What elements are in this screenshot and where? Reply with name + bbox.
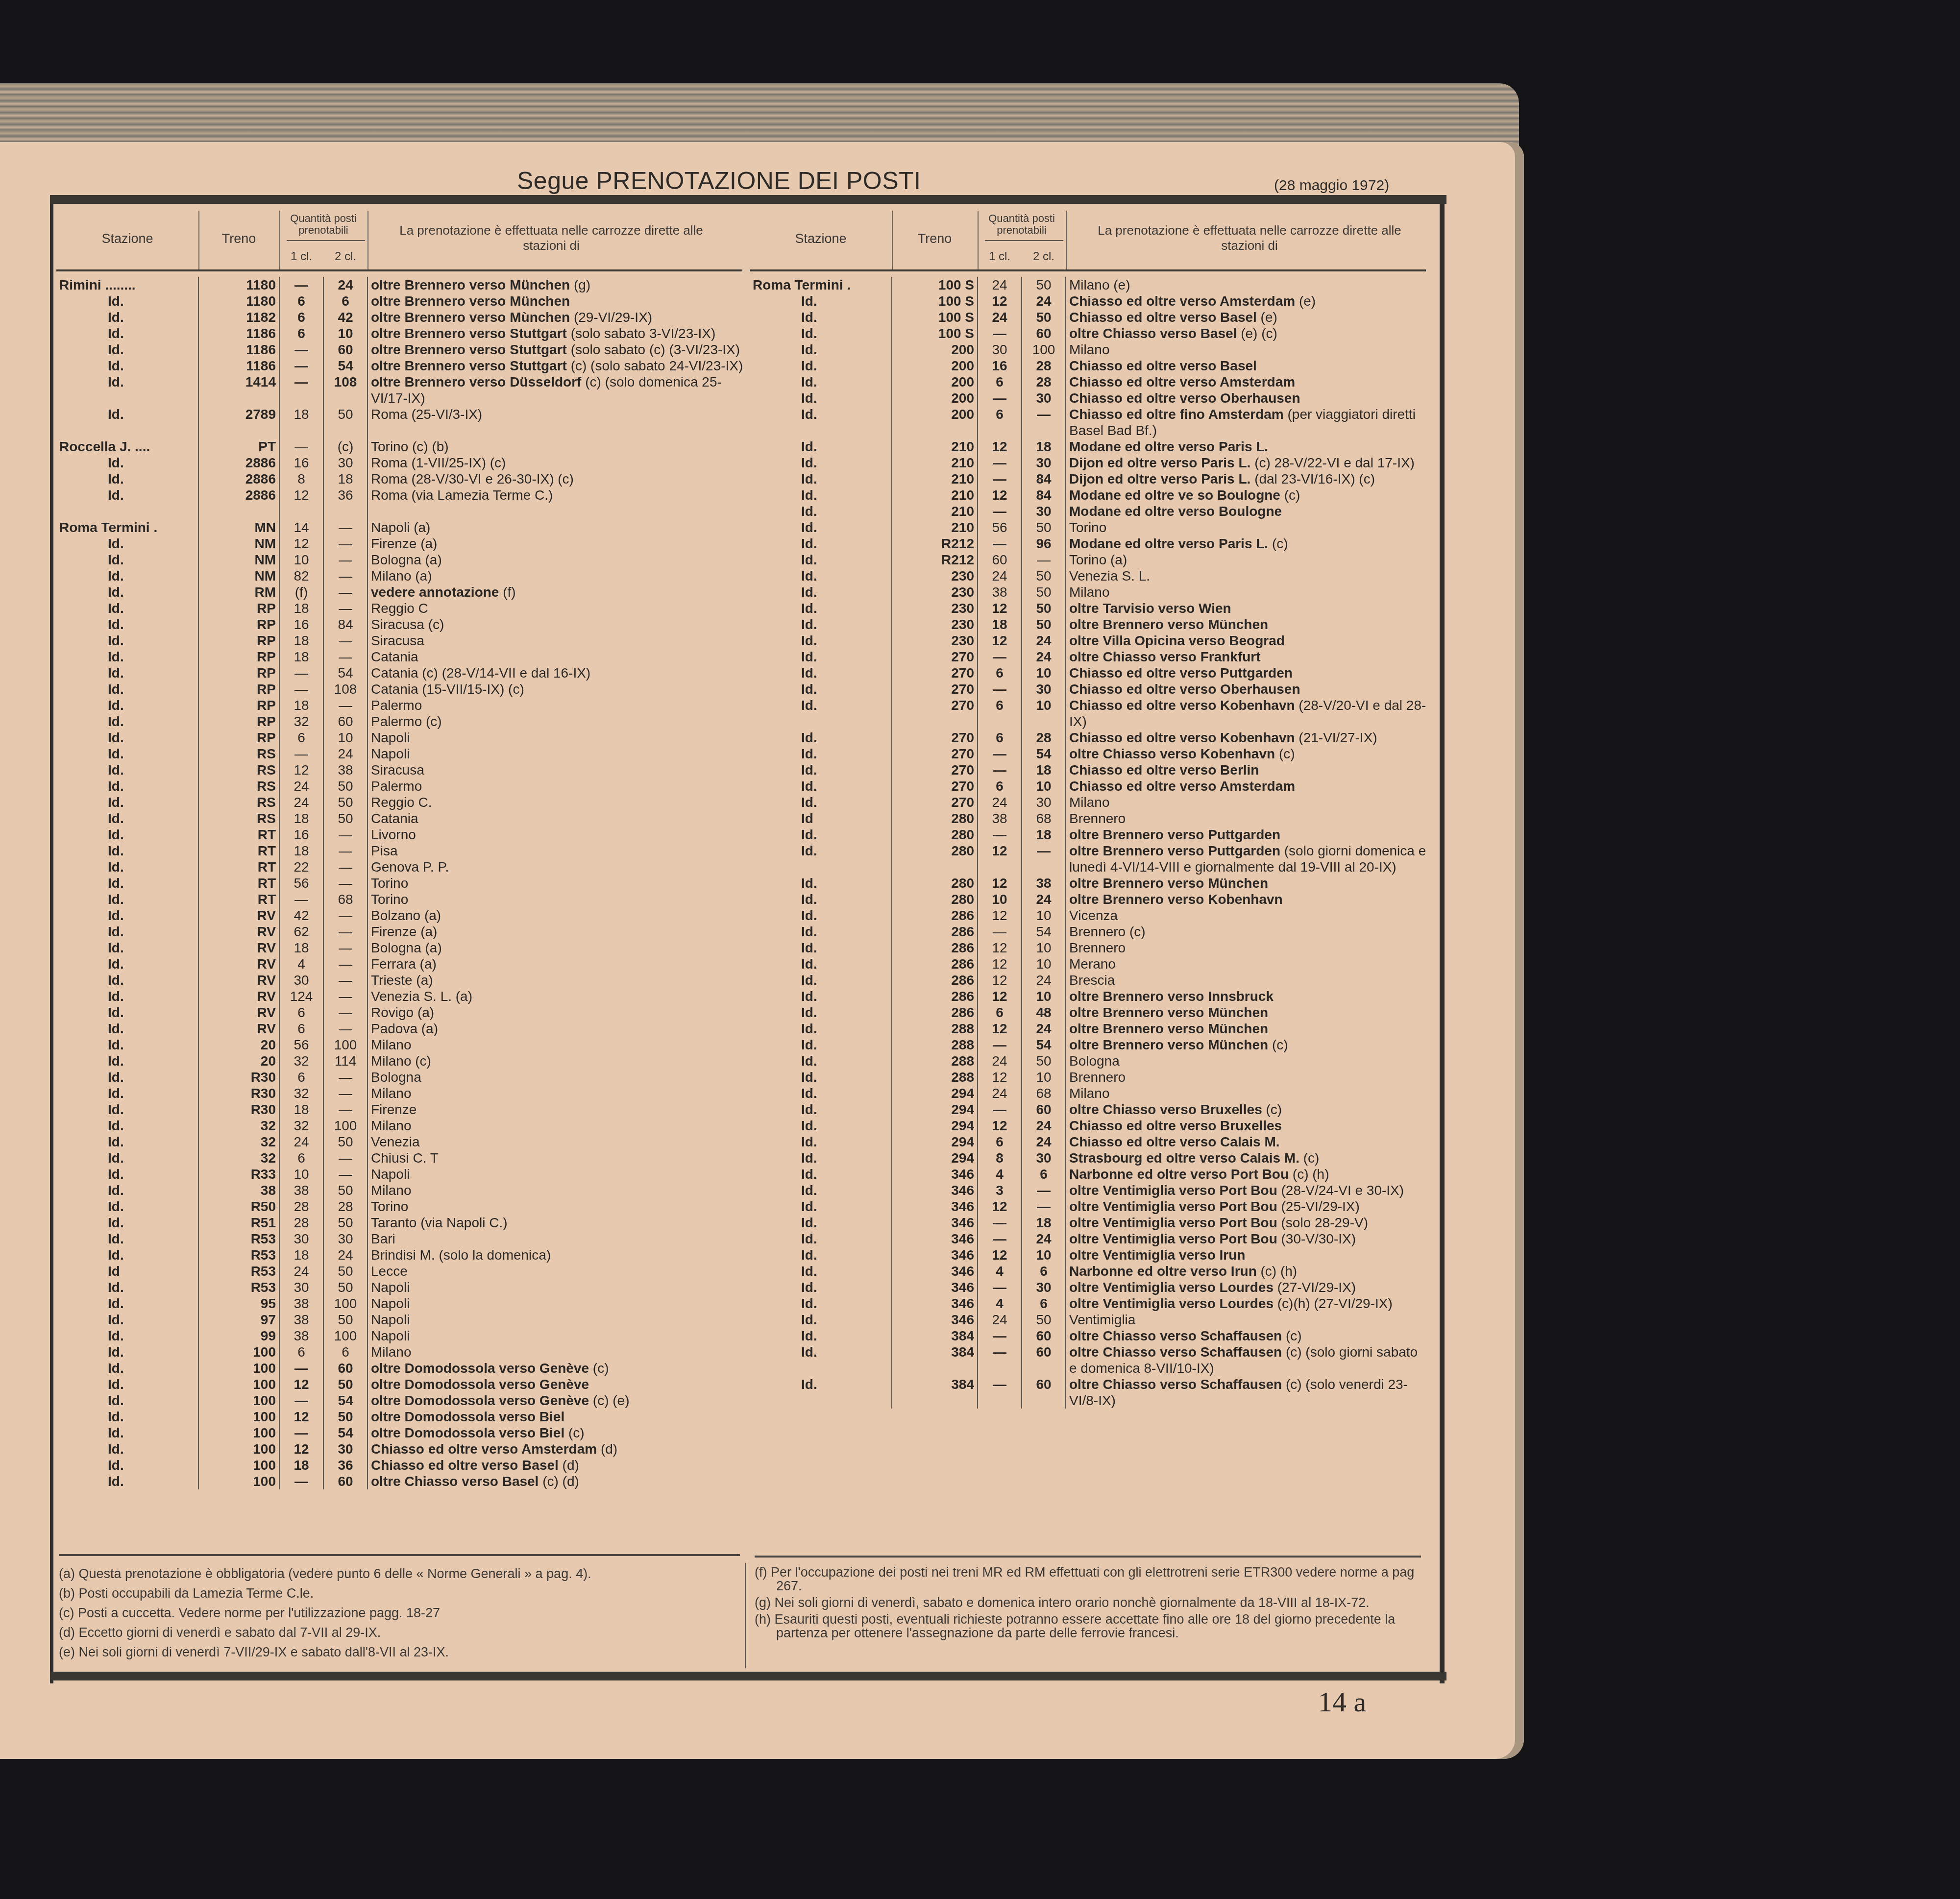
table-row: Id.100 S—60oltre Chiasso verso Basel (e)…	[750, 325, 1431, 341]
destination-note: Padova (a)	[371, 1021, 438, 1036]
station-cell: Id.	[56, 1198, 198, 1215]
destination-note: Taranto (via Napoli C.)	[371, 1215, 508, 1230]
table-row: Id.2006—Chiasso ed oltre fino Amsterdam …	[750, 406, 1431, 438]
destination-bold: Chiasso ed oltre fino Amsterdam	[1069, 407, 1284, 422]
train-cell: 99	[198, 1328, 279, 1344]
train-cell: 346	[892, 1247, 978, 1263]
station-cell: Id.	[56, 665, 198, 681]
destination-note: (28-V/24-VI e 30-IX)	[1281, 1183, 1404, 1198]
destination-cell: Ferrara (a)	[367, 956, 752, 972]
destination-note: Siracusa	[371, 633, 424, 648]
first-class-seats-cell: —	[978, 1215, 1022, 1231]
station-cell: Id.	[56, 584, 198, 600]
destination-note: Bari	[371, 1231, 395, 1246]
second-class-seats-cell: 10	[323, 730, 367, 746]
train-cell: 100	[198, 1473, 279, 1489]
destination-bold: oltre Brennero verso München	[1069, 1037, 1268, 1052]
destination-cell: Chiasso ed oltre verso Berlin	[1066, 762, 1431, 778]
second-class-seats-cell: 108	[323, 374, 367, 406]
table-row: Id.3462450Ventimiglia	[750, 1312, 1431, 1328]
first-class-seats-cell: —	[279, 665, 323, 681]
first-class-seats-cell: 10	[279, 1166, 323, 1182]
second-class-seats-cell: 50	[1022, 519, 1066, 536]
first-class-seats-cell: —	[279, 374, 323, 406]
destination-cell: Chiasso ed oltre verso Basel (d)	[367, 1457, 752, 1473]
second-class-seats-cell: 10	[1022, 988, 1066, 1004]
train-cell: RV	[198, 988, 279, 1004]
destination-note: Firenze (a)	[371, 536, 437, 551]
second-class-seats-cell: —	[323, 940, 367, 956]
second-class-seats-cell: —	[1022, 843, 1066, 875]
train-cell: 270	[892, 681, 978, 697]
second-class-seats-cell: 50	[323, 1312, 367, 1328]
first-class-seats-cell: 32	[279, 1118, 323, 1134]
destination-bold: Dijon ed oltre verso Paris L.	[1069, 471, 1250, 487]
destination-cell: Milano	[367, 1118, 752, 1134]
spacer-cell	[323, 422, 367, 438]
station-cell: Id.	[56, 1215, 198, 1231]
first-class-seats-cell: 12	[978, 988, 1022, 1004]
destination-cell: Catania	[367, 810, 752, 827]
first-class-seats-cell: 6	[978, 778, 1022, 794]
table-row: Id.RV124—Venezia S. L. (a)	[56, 988, 752, 1004]
station-cell: Id.	[56, 325, 198, 341]
station-cell: Id.	[56, 455, 198, 471]
train-cell: 286	[892, 972, 978, 988]
second-class-seats-cell: —	[323, 1085, 367, 1101]
station-cell: Id.	[750, 358, 892, 374]
second-class-seats-cell: 42	[323, 309, 367, 325]
train-cell: RP	[198, 616, 279, 633]
destination-note: Reggio C	[371, 601, 428, 616]
first-class-seats-cell: —	[978, 1037, 1022, 1053]
destination-bold: Modane ed oltre ve so Boulogne	[1069, 487, 1280, 503]
destination-cell: Torino (a)	[1066, 552, 1431, 568]
destination-bold: oltre Brennero verso Stuttgart	[371, 342, 567, 357]
train-cell: RP	[198, 665, 279, 681]
station-cell: Id.	[56, 293, 198, 309]
train-cell: RT	[198, 827, 279, 843]
table-row: Id.210—84Dijon ed oltre verso Paris L. (…	[750, 471, 1431, 487]
page-number: 14 a	[1318, 1685, 1366, 1718]
table-row: Id.2861210oltre Brennero verso Innsbruck	[750, 988, 1431, 1004]
destination-cell: Torino	[367, 875, 752, 891]
footnote: (f) Per l'occupazione dei posti nei tren…	[755, 1565, 1421, 1593]
station-cell: Id.	[750, 972, 892, 988]
table-row: Id.2303850Milano	[750, 584, 1431, 600]
station-cell: Id.	[750, 843, 892, 875]
train-cell: R33	[198, 1166, 279, 1182]
second-class-seats-cell: 30	[323, 455, 367, 471]
second-class-seats-cell: 10	[1022, 1247, 1066, 1263]
train-cell: 288	[892, 1069, 978, 1085]
station-cell: Id.	[56, 1409, 198, 1425]
second-class-seats-cell: 68	[1022, 1085, 1066, 1101]
destination-note: Reggio C.	[371, 795, 432, 810]
train-cell: 97	[198, 1312, 279, 1328]
station-cell: Id.	[56, 730, 198, 746]
second-class-seats-cell: 50	[1022, 568, 1066, 584]
table-row: Id.2702430Milano	[750, 794, 1431, 810]
first-class-seats-cell: 12	[279, 1376, 323, 1392]
table-row: Id.RV42—Bolzano (a)	[56, 907, 752, 924]
first-class-seats-cell: —	[978, 1344, 1022, 1376]
first-class-seats-cell: 18	[279, 810, 323, 827]
second-class-seats-cell: 50	[323, 1182, 367, 1198]
station-cell: Id.	[56, 536, 198, 552]
table-row: Id.RV18—Bologna (a)	[56, 940, 752, 956]
destination-cell: oltre Domodossola verso Genève (c)	[367, 1360, 752, 1376]
station-cell: Id.	[750, 1231, 892, 1247]
station-cell: Id.	[750, 390, 892, 406]
destination-note: Brennero	[1069, 940, 1126, 955]
table-row: Id.2881210Brennero	[750, 1069, 1431, 1085]
destination-bold: Chiasso ed oltre verso Kobenhavn	[1069, 698, 1295, 713]
destination-note: Firenze (a)	[371, 924, 437, 939]
destination-cell: oltre Brennero verso Mùnchen (29-VI/29-I…	[367, 309, 752, 325]
first-class-seats-cell: —	[978, 390, 1022, 406]
table-row: Id.9938100Napoli	[56, 1328, 752, 1344]
destination-bold: oltre Domodossola verso Biel	[371, 1409, 564, 1424]
train-cell: 346	[892, 1279, 978, 1295]
destination-bold: oltre Brennero verso Düsseldorf	[371, 374, 581, 390]
destination-bold: Chiasso ed oltre verso Bruxelles	[1069, 1118, 1282, 1133]
first-class-seats-cell: 18	[279, 600, 323, 616]
train-cell: 286	[892, 956, 978, 972]
train-cell: 200	[892, 341, 978, 358]
first-class-seats-cell: 6	[978, 730, 1022, 746]
station-cell: Id.	[56, 633, 198, 649]
station-cell: Id.	[56, 341, 198, 358]
second-class-seats-cell: 36	[323, 1457, 367, 1473]
destination-cell: Dijon ed oltre verso Paris L. (c) 28-V/2…	[1066, 455, 1431, 471]
station-cell: Id.	[750, 794, 892, 810]
first-class-seats-cell: 38	[279, 1295, 323, 1312]
table-row: Id.R212—96Modane ed oltre verso Paris L.…	[750, 536, 1431, 552]
first-class-seats-cell: 18	[279, 649, 323, 665]
destination-cell: Venezia	[367, 1134, 752, 1150]
first-class-seats-cell: 12	[978, 1021, 1022, 1037]
table-row: Id.RP18—Reggio C	[56, 600, 752, 616]
destination-cell: Merano	[1066, 956, 1431, 972]
station-cell: Id.	[750, 1263, 892, 1279]
destination-cell: Taranto (via Napoli C.)	[367, 1215, 752, 1231]
first-class-seats-cell: 6	[279, 293, 323, 309]
table-row: Id.383850Milano	[56, 1182, 752, 1198]
destination-cell: Chiasso ed oltre verso Basel	[1066, 358, 1431, 374]
second-class-seats-cell: 100	[323, 1328, 367, 1344]
second-class-seats-cell: 54	[323, 1392, 367, 1409]
second-class-seats-cell: 50	[323, 1376, 367, 1392]
table-row: Id.118066oltre Brennero verso München	[56, 293, 752, 309]
train-cell: 280	[892, 810, 978, 827]
spacer-cell	[279, 422, 323, 438]
table-row: Id.RT18—Pisa	[56, 843, 752, 859]
second-class-seats-cell: 10	[1022, 940, 1066, 956]
destination-bold: oltre Chiasso verso Schaffausen	[1069, 1377, 1282, 1392]
second-class-seats-cell: 50	[323, 406, 367, 422]
train-cell: 346	[892, 1295, 978, 1312]
destination-cell: Chiasso ed oltre verso Amsterdam (e)	[1066, 293, 1431, 309]
destination-cell: Modane ed oltre verso Boulogne	[1066, 503, 1431, 519]
destination-cell: Narbonne ed oltre verso Port Bou (c) (h)	[1066, 1166, 1431, 1182]
destination-note: Milano (e)	[1069, 277, 1130, 292]
second-class-seats-cell: 28	[1022, 730, 1066, 746]
first-class-seats-cell: 6	[279, 325, 323, 341]
train-cell: RV	[198, 1021, 279, 1037]
train-cell: 100 S	[892, 293, 978, 309]
first-class-seats-cell: —	[978, 471, 1022, 487]
header-stazione: Stazione	[750, 231, 892, 246]
station-cell: Id.	[56, 1279, 198, 1295]
station-cell: Id.	[56, 843, 198, 859]
train-cell: 100	[198, 1344, 279, 1360]
destination-cell: Venezia S. L. (a)	[367, 988, 752, 1004]
train-cell: 2886	[198, 471, 279, 487]
destination-note: (27-VI/29-IX)	[1277, 1280, 1356, 1295]
row-spacer	[56, 503, 752, 519]
train-cell: 286	[892, 988, 978, 1004]
destination-note: Firenze	[371, 1102, 416, 1117]
train-cell: 230	[892, 600, 978, 616]
first-class-seats-cell: 18	[978, 616, 1022, 633]
destination-note: Venezia S. L. (a)	[371, 989, 472, 1004]
header-cl1: 1 cl.	[279, 250, 323, 264]
destination-cell: oltre Ventimiglia verso Lourdes (27-VI/2…	[1066, 1279, 1431, 1295]
second-class-seats-cell: 60	[1022, 1328, 1066, 1344]
destination-cell: Brennero	[1066, 810, 1431, 827]
station-cell: Id.	[750, 616, 892, 633]
second-class-seats-cell: 18	[1022, 1215, 1066, 1231]
first-class-seats-cell: 6	[279, 1021, 323, 1037]
footnote: (b) Posti occupabili da Lamezia Terme C.…	[59, 1585, 740, 1602]
first-class-seats-cell: 12	[978, 1118, 1022, 1134]
second-class-seats-cell: 24	[1022, 972, 1066, 988]
second-class-seats-cell: 6	[1022, 1263, 1066, 1279]
first-class-seats-cell: —	[279, 1392, 323, 1409]
station-cell: Id.	[56, 1392, 198, 1409]
destination-bold: Chiasso ed oltre verso Amsterdam	[371, 1441, 597, 1457]
table-row: Id.RS—24Napoli	[56, 746, 752, 762]
second-class-seats-cell: —	[323, 1069, 367, 1085]
destination-cell: Napoli	[367, 746, 752, 762]
destination-note: (c)	[1284, 487, 1300, 503]
train-cell: 95	[198, 1295, 279, 1312]
table-row: Id.288—54oltre Brennero verso München (c…	[750, 1037, 1431, 1053]
table-row: Id.973850Napoli	[56, 1312, 752, 1328]
destination-cell: Bolzano (a)	[367, 907, 752, 924]
second-class-seats-cell: —	[323, 1004, 367, 1021]
station-cell: Id.	[750, 1215, 892, 1231]
train-cell: 210	[892, 503, 978, 519]
station-cell: Id.	[750, 875, 892, 891]
train-cell: R50	[198, 1198, 279, 1215]
first-class-seats-cell: 6	[978, 374, 1022, 390]
train-cell: 100	[198, 1376, 279, 1392]
train-cell: 270	[892, 649, 978, 665]
destination-note: Siracusa	[371, 762, 424, 778]
second-class-seats-cell: 54	[1022, 924, 1066, 940]
destination-note: Brennero	[1069, 811, 1126, 826]
destination-cell: Napoli	[367, 1279, 752, 1295]
station-cell: Id.	[56, 810, 198, 827]
station-cell: Id.	[56, 1150, 198, 1166]
table-row: Id.R502828Torino	[56, 1198, 752, 1215]
station-cell: Id.	[56, 374, 198, 406]
header-description: La prenotazione è effettuata nelle carro…	[1078, 223, 1421, 253]
table-row: Id.R3018—Firenze	[56, 1101, 752, 1118]
header-stazione: Stazione	[56, 231, 198, 246]
destination-cell: oltre Chiasso verso Basel (c) (d)	[367, 1473, 752, 1489]
train-cell: 294	[892, 1085, 978, 1101]
destination-bold: oltre Chiasso verso Kobenhavn	[1069, 746, 1275, 761]
table-row: Id.RP1684Siracusa (c)	[56, 616, 752, 633]
destination-bold: oltre Ventimiglia verso Irun	[1069, 1247, 1245, 1263]
destination-bold: oltre Brennero verso Puttgarden	[1069, 827, 1280, 842]
table-row: Id.100 S2450Chiasso ed oltre verso Basel…	[750, 309, 1431, 325]
second-class-seats-cell: 84	[323, 616, 367, 633]
train-cell: 100	[198, 1360, 279, 1376]
second-class-seats-cell: —	[323, 584, 367, 600]
first-class-seats-cell: 3	[978, 1182, 1022, 1198]
destination-cell: Catania	[367, 649, 752, 665]
destination-note: Napoli	[371, 1167, 410, 1182]
first-class-seats-cell: 12	[279, 1409, 323, 1425]
second-class-seats-cell: 6	[323, 293, 367, 309]
station-cell: Id.	[750, 1376, 892, 1409]
first-class-seats-cell: 14	[279, 519, 323, 536]
first-class-seats-cell: 12	[978, 633, 1022, 649]
first-class-seats-cell: 18	[279, 633, 323, 649]
table-row: Id.322450Venezia	[56, 1134, 752, 1150]
destination-cell: Roma (via Lamezia Terme C.)	[367, 487, 752, 503]
train-cell: 20	[198, 1053, 279, 1069]
second-class-seats-cell: —	[323, 633, 367, 649]
table-row: Id.RT—68Torino	[56, 891, 752, 907]
station-cell: Id.	[56, 1441, 198, 1457]
second-class-seats-cell: —	[323, 972, 367, 988]
station-cell: Id.	[56, 1473, 198, 1489]
destination-cell: Bologna	[1066, 1053, 1431, 1069]
first-class-seats-cell: —	[279, 438, 323, 455]
first-class-seats-cell: 28	[279, 1215, 323, 1231]
first-class-seats-cell: —	[279, 891, 323, 907]
station-cell: Id.	[750, 697, 892, 730]
destination-cell: Milano	[1066, 794, 1431, 810]
first-class-seats-cell: 16	[978, 358, 1022, 374]
destination-note: Venezia	[371, 1134, 420, 1149]
destination-note: (c)	[1272, 1037, 1288, 1052]
train-cell: R53	[198, 1263, 279, 1279]
second-class-seats-cell: 50	[1022, 1053, 1066, 1069]
station-cell: Id.	[750, 487, 892, 503]
destination-note: Napoli (a)	[371, 520, 430, 535]
first-class-seats-cell: 18	[279, 1457, 323, 1473]
destination-note: Torino (a)	[1069, 552, 1127, 567]
train-cell: 230	[892, 633, 978, 649]
station-cell: Id.	[56, 309, 198, 325]
destination-note: (21-VI/27-IX)	[1298, 730, 1377, 745]
destination-note: (d)	[601, 1441, 617, 1457]
destination-note: Bologna	[1069, 1053, 1120, 1069]
first-class-seats-cell: —	[978, 681, 1022, 697]
station-cell: Id.	[56, 616, 198, 633]
destination-note: Catania (c) (28-V/14-VII e dal 16-IX)	[371, 665, 590, 681]
first-class-seats-cell: 12	[978, 875, 1022, 891]
table-row: Id.R533050Napoli	[56, 1279, 752, 1295]
table-row: Id.R21260—Torino (a)	[750, 552, 1431, 568]
first-class-seats-cell: 24	[279, 1263, 323, 1279]
train-cell: 384	[892, 1344, 978, 1376]
first-class-seats-cell: 12	[978, 907, 1022, 924]
first-class-seats-cell: 12	[978, 843, 1022, 875]
second-class-seats-cell: 28	[323, 1198, 367, 1215]
station-cell: Id.	[750, 293, 892, 309]
train-cell: 286	[892, 907, 978, 924]
train-cell: RT	[198, 843, 279, 859]
table-row: Id.2882450Bologna	[750, 1053, 1431, 1069]
destination-bold: oltre Brennero verso München	[1069, 1005, 1268, 1020]
first-class-seats-cell: 6	[978, 406, 1022, 438]
destination-bold: Chiasso ed oltre verso Amsterdam	[1069, 779, 1295, 794]
destination-cell: oltre Brennero verso Stuttgart (c) (solo…	[367, 358, 752, 374]
station-cell: Id.	[750, 746, 892, 762]
destination-note: (solo 28-29-V)	[1281, 1215, 1368, 1230]
table-row: Id.280—18oltre Brennero verso Puttgarden	[750, 827, 1431, 843]
destination-note: (g)	[574, 277, 590, 292]
train-cell: 286	[892, 1004, 978, 1021]
destination-note: (solo sabato (c) (3-VI/23-IX)	[571, 342, 740, 357]
destination-bold: oltre Chiasso verso Schaffausen	[1069, 1328, 1282, 1343]
first-class-seats-cell: —	[978, 762, 1022, 778]
train-cell: 1186	[198, 358, 279, 374]
station-cell: Id.	[56, 1344, 198, 1360]
station-cell: Id.	[56, 697, 198, 713]
destination-bold: Modane ed oltre verso Paris L.	[1069, 536, 1268, 551]
header-description: La prenotazione è effettuata nelle carro…	[380, 223, 723, 253]
destination-note: Roma (via Lamezia Terme C.)	[371, 487, 553, 503]
destination-note: Napoli	[371, 746, 410, 761]
first-class-seats-cell: —	[279, 277, 323, 293]
second-class-seats-cell: 10	[1022, 907, 1066, 924]
station-cell: Id.	[750, 1344, 892, 1376]
table-row: Id.270—24oltre Chiasso verso Frankfurt	[750, 649, 1431, 665]
spacer-cell	[198, 422, 279, 438]
destination-cell: Chiasso ed oltre verso Puttgarden	[1066, 665, 1431, 681]
station-cell: Id.	[750, 649, 892, 665]
table-row: Id.286648oltre Brennero verso München	[750, 1004, 1431, 1021]
spacer-cell	[367, 422, 752, 438]
table-row: Id.200—30Chiasso ed oltre verso Oberhaus…	[750, 390, 1431, 406]
station-cell: Id.	[56, 794, 198, 810]
station-cell: Id.	[750, 519, 892, 536]
station-cell: Id.	[750, 374, 892, 390]
header-cl1: 1 cl.	[978, 250, 1022, 264]
destination-cell: oltre Chiasso verso Bruxelles (c)	[1066, 1101, 1431, 1118]
station-cell: Rimini ........	[56, 277, 198, 293]
table-row: Id.2301224oltre Villa Opicina verso Beog…	[750, 633, 1431, 649]
station-cell: Id.	[56, 1021, 198, 1037]
station-cell: Id.	[750, 1053, 892, 1069]
destination-cell: Chiasso ed oltre verso Bruxelles	[1066, 1118, 1431, 1134]
destination-cell: Brennero	[1066, 940, 1431, 956]
second-class-seats-cell: 60	[323, 1360, 367, 1376]
destination-bold: oltre Brennero verso München	[1069, 1021, 1268, 1036]
header-quantita: Quantità posti prenotabili	[978, 213, 1066, 236]
table-row: Id.2105650Torino	[750, 519, 1431, 536]
destination-cell: Modane ed oltre ve so Boulogne (c)	[1066, 487, 1431, 503]
table-row: Roccella J. ....PT—(c)Torino (c) (b)	[56, 438, 752, 455]
